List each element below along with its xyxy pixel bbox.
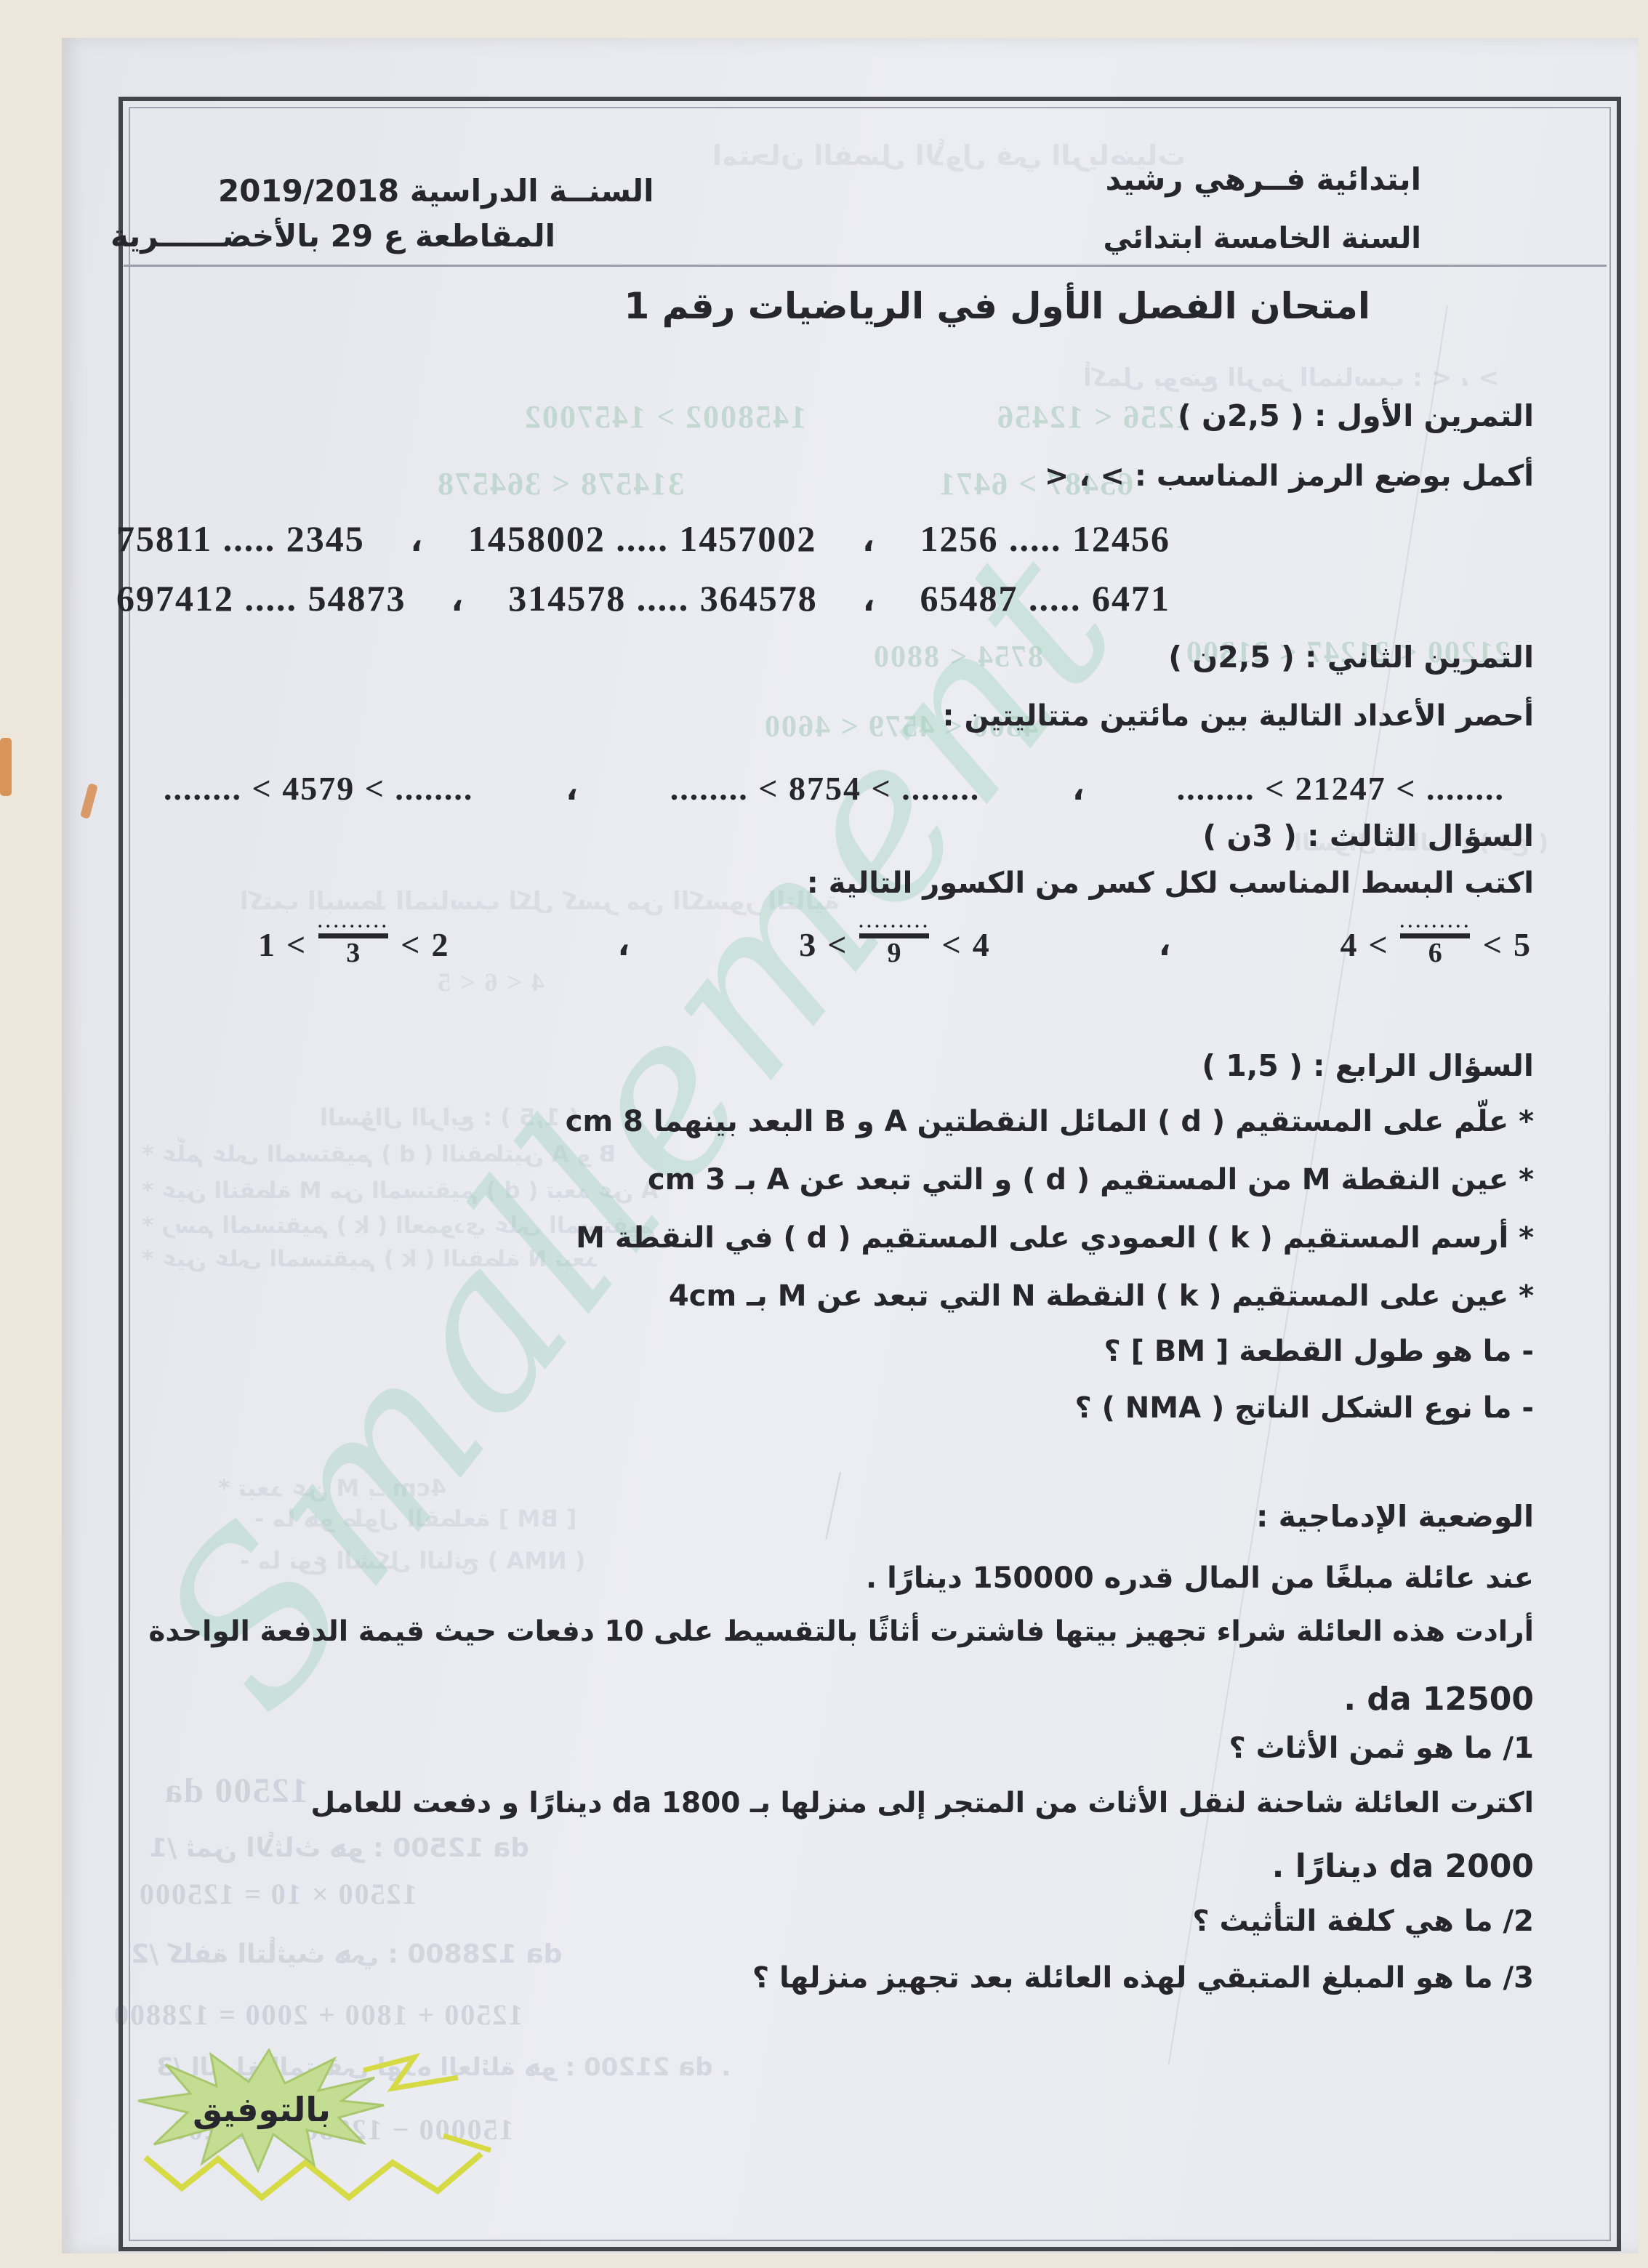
statement-line: * عين النقطة M من المستقيم ( d ) و التي … bbox=[566, 1163, 1534, 1221]
exercise2-heading: التمرين الثاني : ( 2,5ن ) bbox=[1168, 640, 1534, 675]
situation-line3: 12500 da . bbox=[1343, 1681, 1534, 1718]
arabic-comma-separator: ، bbox=[859, 582, 880, 619]
fraction-item: 1<·········3<2 bbox=[258, 922, 448, 968]
less-than-sign: < bbox=[1483, 925, 1502, 964]
arabic-comma-separator: ، bbox=[1068, 771, 1089, 808]
comparison-item: 75811 ..... 2345 bbox=[116, 518, 365, 560]
less-than-sign: < bbox=[827, 925, 846, 964]
exercise2-row: ........ < 21247 < ........،........ < 8… bbox=[164, 769, 1505, 808]
question4-bullets: * علّم على المستقيم ( d ) المائل النقطتي… bbox=[566, 1105, 1534, 1338]
numerator-blank: ········· bbox=[317, 922, 389, 932]
arabic-comma-separator: ، bbox=[406, 522, 427, 559]
school-year: السنــة الدراسية 2019/2018 bbox=[218, 173, 654, 209]
fractions-row: 1<·········3<2،3<·········9<4،4<········… bbox=[258, 922, 1530, 968]
page-title: امتحان الفصل الأول في الرياضيات رقم 1 bbox=[624, 285, 1370, 327]
scanned-exam-page: امتحان الفصل الأول في الرياضياتأكمل بوضع… bbox=[0, 0, 1648, 2268]
statement-line: - ما هو طول القطعة [ BM ] ؟ bbox=[1074, 1335, 1534, 1391]
fraction-item: 4<·········6<5 bbox=[1340, 922, 1530, 968]
comparison-item: 1458002 ..... 1457002 bbox=[468, 518, 817, 560]
situation-heading: الوضعية الإدماجية : bbox=[1256, 1499, 1534, 1534]
situation-question3: 3/ ما هو المبلغ المتبقي لهذه العائلة بعد… bbox=[752, 1961, 1534, 1995]
less-than-sign: < bbox=[401, 925, 419, 964]
comparison-item: ........ < 8754 < ........ bbox=[670, 769, 980, 808]
arabic-comma-separator: ، bbox=[614, 926, 635, 963]
statement-line: * أرسم المستقيم ( k ) العمودي على المستق… bbox=[566, 1221, 1534, 1279]
situation-question1: 1/ ما هو ثمن الأثاث ؟ bbox=[1229, 1732, 1534, 1765]
less-than-sign: < bbox=[942, 925, 961, 964]
good-luck-text: بالتوفيق bbox=[193, 2090, 331, 2129]
exercise1-heading: التمرين الأول : ( 2,5ن ) bbox=[1178, 398, 1534, 433]
exercise1-instruction: أكمل بوضع الرمز المناسب : > ، < bbox=[1045, 459, 1534, 493]
question4-heading: السؤال الرابع : ( 1,5 ) bbox=[1202, 1048, 1534, 1083]
header-rule bbox=[124, 265, 1607, 267]
exercise1-row: 1256 ..... 12456،1458002 ..... 1457002،7… bbox=[116, 518, 1170, 560]
situation-line4: اكترت العائلة شاحنة لنقل الأثاث من المتج… bbox=[310, 1787, 1534, 1819]
lower-bound: 3 bbox=[799, 925, 816, 964]
denominator: 9 bbox=[858, 938, 930, 968]
grade-label: السنة الخامسة ابتدائي bbox=[1103, 222, 1421, 255]
statement-line: * عين على المستقيم ( k ) النقطة N التي ت… bbox=[566, 1279, 1534, 1338]
question4-subquestions: - ما هو طول القطعة [ BM ] ؟- ما نوع الشك… bbox=[1074, 1335, 1534, 1448]
fraction-stack: ·········3 bbox=[317, 922, 389, 968]
less-than-sign: < bbox=[286, 925, 305, 964]
fraction-stack: ·········9 bbox=[858, 922, 930, 968]
starburst-spike-line bbox=[363, 2057, 458, 2088]
upper-bound: 5 bbox=[1514, 925, 1530, 964]
margin-stain bbox=[0, 738, 12, 796]
good-luck-starburst: بالتوفيق bbox=[124, 2048, 502, 2212]
arabic-comma-separator: ، bbox=[561, 771, 582, 808]
arabic-comma-separator: ، bbox=[858, 522, 879, 559]
school-name: ابتدائية فــرهي رشيد bbox=[1106, 161, 1421, 197]
comparison-item: ........ < 4579 < ........ bbox=[164, 769, 473, 808]
question3-heading: السؤال الثالث : ( 3ن ) bbox=[1202, 819, 1534, 853]
exercise1-row: 65487 ..... 6471،314578 ..... 364578،697… bbox=[116, 577, 1170, 619]
denominator: 3 bbox=[317, 938, 389, 968]
upper-bound: 4 bbox=[973, 925, 989, 964]
arabic-comma-separator: ، bbox=[447, 582, 468, 619]
statement-line: * علّم على المستقيم ( d ) المائل النقطتي… bbox=[566, 1105, 1534, 1163]
question3-instruction: اكتب البسط المناسب لكل كسر من الكسور الت… bbox=[807, 866, 1534, 900]
comparison-item: 697412 ..... 54873 bbox=[116, 577, 406, 619]
comparison-item: ........ < 21247 < ........ bbox=[1177, 769, 1505, 808]
numerator-blank: ········· bbox=[858, 922, 930, 932]
arabic-comma-separator: ، bbox=[1154, 926, 1175, 963]
fraction-item: 3<·········9<4 bbox=[799, 922, 989, 968]
statement-line: - ما نوع الشكل الناتج ( NMA ) ؟ bbox=[1074, 1391, 1534, 1448]
lower-bound: 1 bbox=[258, 925, 275, 964]
comparison-item: 314578 ..... 364578 bbox=[508, 577, 818, 619]
fraction-stack: ·········6 bbox=[1399, 922, 1471, 968]
situation-line5: 2000 da دينارًا . bbox=[1272, 1848, 1534, 1885]
denominator: 6 bbox=[1399, 938, 1471, 968]
situation-question2: 2/ ما هي كلفة التأثيث ؟ bbox=[1192, 1905, 1534, 1938]
district-label: المقاطعة ع 29 بالأخضــــــرية bbox=[110, 218, 555, 254]
comparison-item: 65487 ..... 6471 bbox=[920, 577, 1171, 619]
situation-line2: أرادت هذه العائلة شراء تجهيز بيتها فاشتر… bbox=[148, 1615, 1534, 1648]
situation-line1: عند عائلة مبلغًا من المال قدره 150000 دي… bbox=[866, 1561, 1534, 1595]
exercise2-instruction: أحصر الأعداد التالية بين مائتين متتاليتي… bbox=[943, 699, 1534, 733]
comparison-item: 1256 ..... 12456 bbox=[920, 518, 1171, 560]
lower-bound: 4 bbox=[1340, 925, 1356, 964]
numerator-blank: ········· bbox=[1399, 922, 1471, 932]
starburst-spike-line2 bbox=[443, 2136, 491, 2150]
less-than-sign: < bbox=[1368, 925, 1387, 964]
upper-bound: 2 bbox=[431, 925, 448, 964]
